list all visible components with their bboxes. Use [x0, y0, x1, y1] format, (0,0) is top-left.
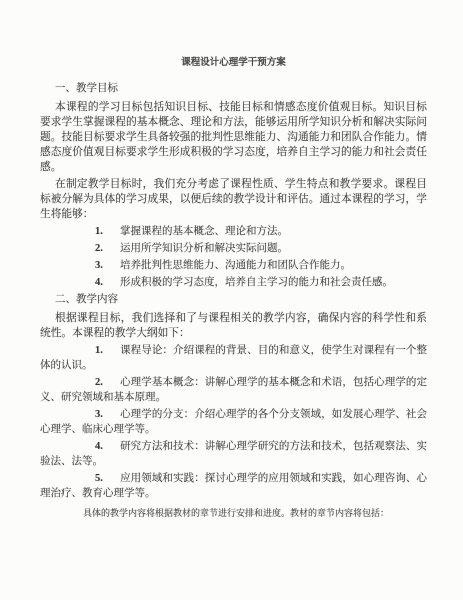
- document-page: 课程设计心理学干预方案 一、教学目标 本课程的学习目标包括知识目标、技能目标和情…: [0, 0, 463, 600]
- list-number: 4.: [95, 275, 120, 290]
- objective-item: 2.运用所学知识分析和解决实际问题。: [40, 241, 427, 256]
- list-text: 运用所学知识分析和解决实际问题。: [120, 243, 288, 254]
- section-1-heading: 一、教学目标: [40, 81, 427, 96]
- list-number: 2.: [95, 241, 120, 256]
- list-number: 2.: [95, 375, 120, 390]
- syllabus-item: 2.心理学基本概念：讲解心理学的基本概念和术语，包括心理学的定义、研究领域和基本…: [40, 375, 427, 405]
- syllabus-item: 3.心理学的分支：介绍心理学的各个分支领域，如发展心理学、社会心理学、临床心理学…: [40, 407, 427, 437]
- objective-item: 1.掌握课程的基本概念、理论和方法。: [40, 224, 427, 239]
- syllabus-item: 4.研究方法和技术：讲解心理学研究的方法和技术，包括观察法、实验法、法等。: [40, 439, 427, 469]
- objective-item: 3.培养批判性思维能力、沟通能力和团队合作能力。: [40, 258, 427, 273]
- syllabus-item: 1.课程导论：介绍课程的背景、目的和意义，使学生对课程有一个整体的认识。: [40, 343, 427, 373]
- list-number: 3.: [95, 407, 120, 422]
- list-number: 1.: [95, 224, 120, 239]
- section-2-paragraph-1: 根据课程目标，我们选择和了与课程相关的教学内容，确保内容的科学性和系统性。本课程…: [40, 311, 427, 341]
- objectives-list: 1.掌握课程的基本概念、理论和方法。 2.运用所学知识分析和解决实际问题。 3.…: [40, 224, 427, 290]
- list-number: 3.: [95, 258, 120, 273]
- syllabus-list: 1.课程导论：介绍课程的背景、目的和意义，使学生对课程有一个整体的认识。 2.心…: [40, 343, 427, 501]
- list-text: 掌握课程的基本概念、理论和方法。: [120, 226, 288, 237]
- syllabus-item: 5.应用领域和实践：探讨心理学的应用领域和实践，如心理咨询、心理治疗、教育心理学…: [40, 471, 427, 501]
- list-number: 4.: [95, 439, 120, 454]
- list-text: 培养批判性思维能力、沟通能力和团队合作能力。: [120, 260, 351, 271]
- section-1-paragraph-1: 本课程的学习目标包括知识目标、技能目标和情感态度价值观目标。知识目标要求学生掌握…: [40, 100, 427, 175]
- section-1-paragraph-2: 在制定教学目标时，我们充分考虑了课程性质、学生特点和教学要求。课程目标被分解为具…: [40, 177, 427, 222]
- document-title: 课程设计心理学干预方案: [40, 56, 427, 70]
- closing-paragraph: 具体的教学内容将根据教材的章节进行安排和进度。教材的章节内容将包括：: [83, 506, 427, 520]
- list-number: 1.: [95, 343, 120, 358]
- list-number: 5.: [95, 471, 120, 486]
- objective-item: 4.形成积极的学习态度，培养自主学习的能力和社会责任感。: [40, 275, 427, 290]
- list-text: 形成积极的学习态度，培养自主学习的能力和社会责任感。: [120, 277, 393, 288]
- section-2-heading: 二、教学内容: [40, 292, 427, 307]
